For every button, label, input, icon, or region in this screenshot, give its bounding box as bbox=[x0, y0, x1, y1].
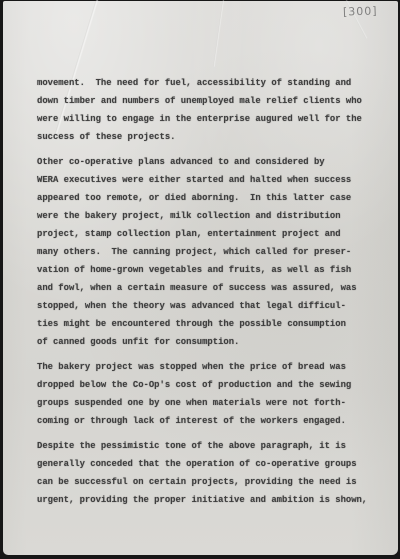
page-number-annotation: [300] bbox=[343, 4, 378, 18]
document-page: [300] movement. The need for fuel, acces… bbox=[3, 1, 398, 555]
paragraph-2: Other co-operative plans advanced to and… bbox=[37, 153, 370, 351]
scanned-page-photo: [300] movement. The need for fuel, acces… bbox=[0, 0, 400, 559]
paragraph-3: The bakery project was stopped when the … bbox=[37, 358, 370, 430]
paragraph-1: movement. The need for fuel, accessibili… bbox=[37, 74, 370, 146]
document-body: movement. The need for fuel, accessibili… bbox=[37, 74, 370, 509]
paragraph-4: Despite the pessimistic tone of the abov… bbox=[37, 437, 370, 509]
paper-crease bbox=[213, 0, 225, 67]
